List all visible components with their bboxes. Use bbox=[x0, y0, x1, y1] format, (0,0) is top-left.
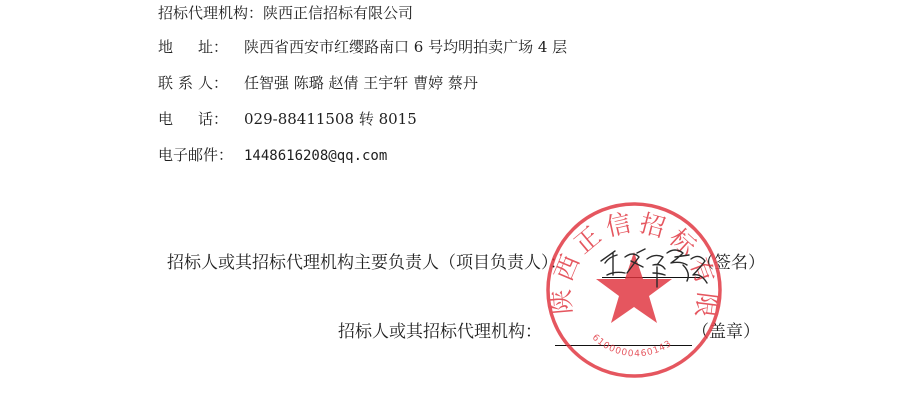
agency-row: 招标代理机构：陕西正信招标有限公司 bbox=[158, 3, 413, 23]
leader-signature-label: 招标人或其招标代理机构主要负责人（项目负责人）： bbox=[167, 252, 567, 274]
contacts-label: 联 系 人： bbox=[158, 73, 228, 93]
phone-value: 029-88411508 转 8015 bbox=[244, 109, 417, 129]
agency-value: 陕西正信招标有限公司 bbox=[263, 4, 413, 22]
email-label: 电子邮件： bbox=[158, 145, 244, 165]
org-seal-label: 招标人或其招标代理机构： bbox=[338, 321, 542, 343]
phone-label: 电 话： bbox=[158, 109, 228, 129]
address-label: 地 址： bbox=[158, 37, 228, 57]
phone-row: 电 话： 029-88411508 转 8015 bbox=[158, 109, 417, 129]
email-row: 电子邮件：1448616208@qq.com bbox=[158, 145, 387, 166]
email-value: 1448616208@qq.com bbox=[244, 146, 387, 166]
address-value: 陕西省西安市红缨路南口 6 号均明拍卖广场 4 层 bbox=[244, 37, 567, 57]
contacts-value: 任智强 陈璐 赵倩 王宇轩 曹婷 蔡丹 bbox=[244, 73, 478, 93]
seal-number: 6100000460143 bbox=[590, 333, 674, 360]
contacts-row: 联 系 人： 任智强 陈璐 赵倩 王宇轩 曹婷 蔡丹 bbox=[158, 73, 478, 93]
address-row: 地 址： 陕西省西安市红缨路南口 6 号均明拍卖广场 4 层 bbox=[158, 37, 567, 57]
handwritten-signature bbox=[595, 243, 713, 291]
agency-label: 招标代理机构： bbox=[158, 4, 263, 22]
